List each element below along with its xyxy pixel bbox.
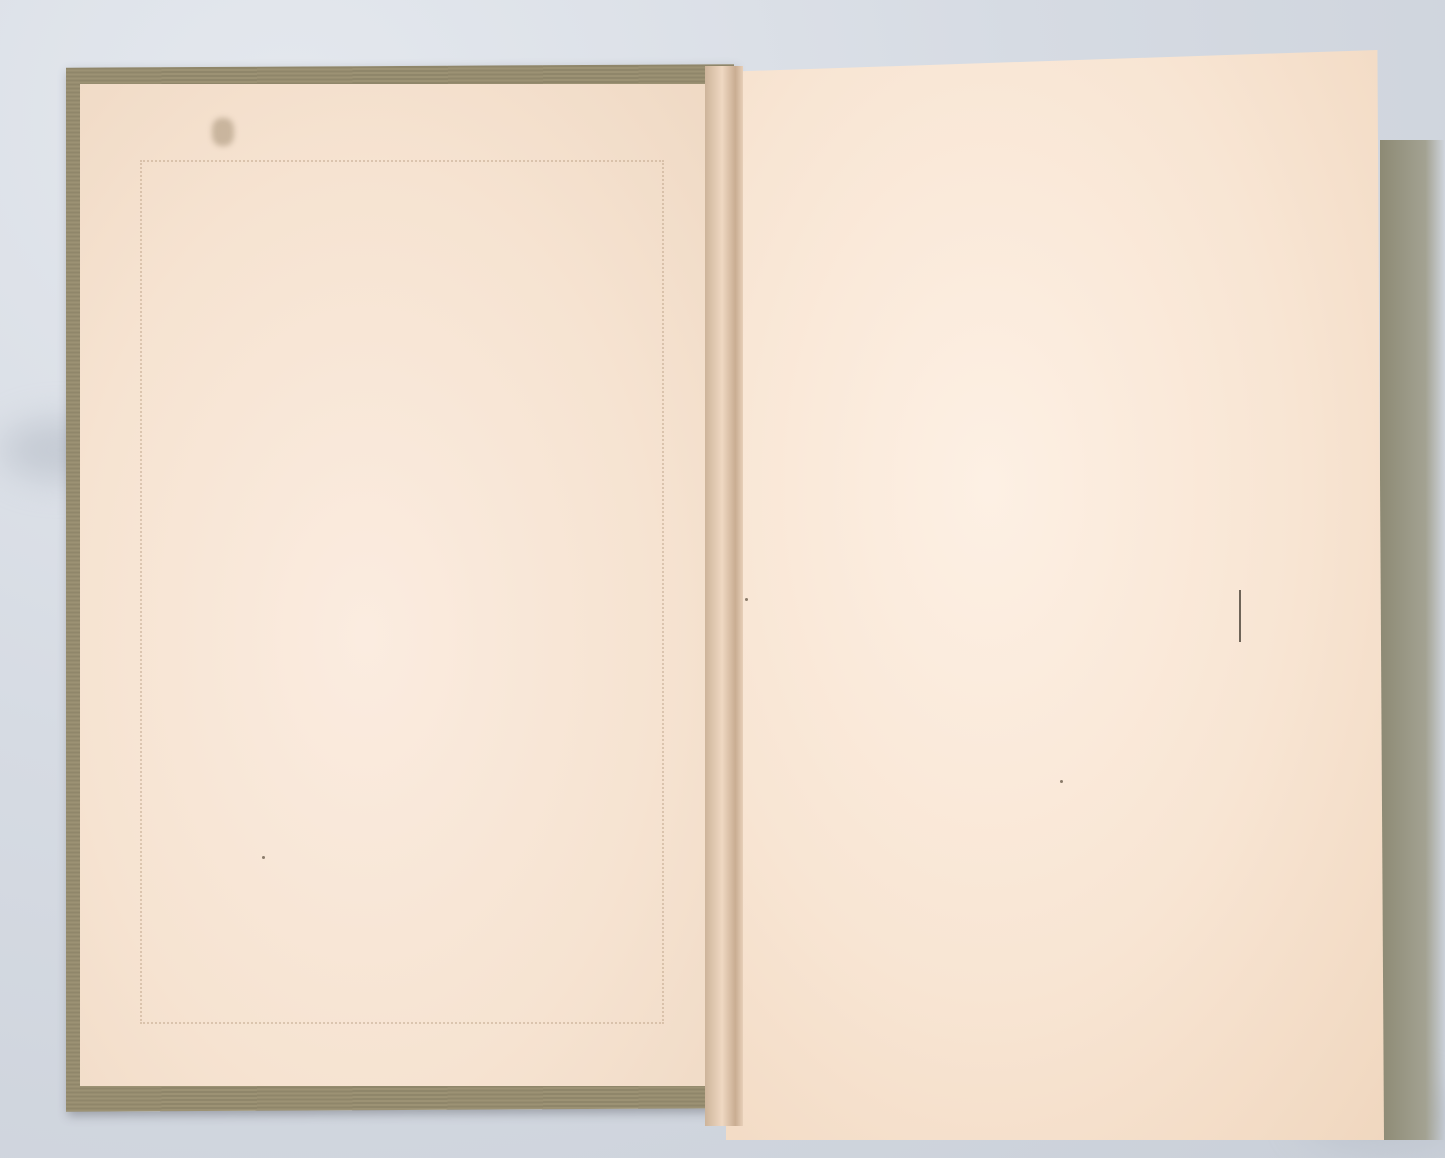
book-spine-gutter xyxy=(705,66,743,1126)
speck xyxy=(745,598,748,601)
foxing-frame xyxy=(140,160,664,1024)
book-right-page xyxy=(726,50,1384,1140)
book-right-cover xyxy=(1380,140,1445,1140)
stain xyxy=(212,118,234,146)
pencil-mark xyxy=(1239,590,1241,642)
speck xyxy=(262,856,265,859)
speck xyxy=(1060,780,1063,783)
